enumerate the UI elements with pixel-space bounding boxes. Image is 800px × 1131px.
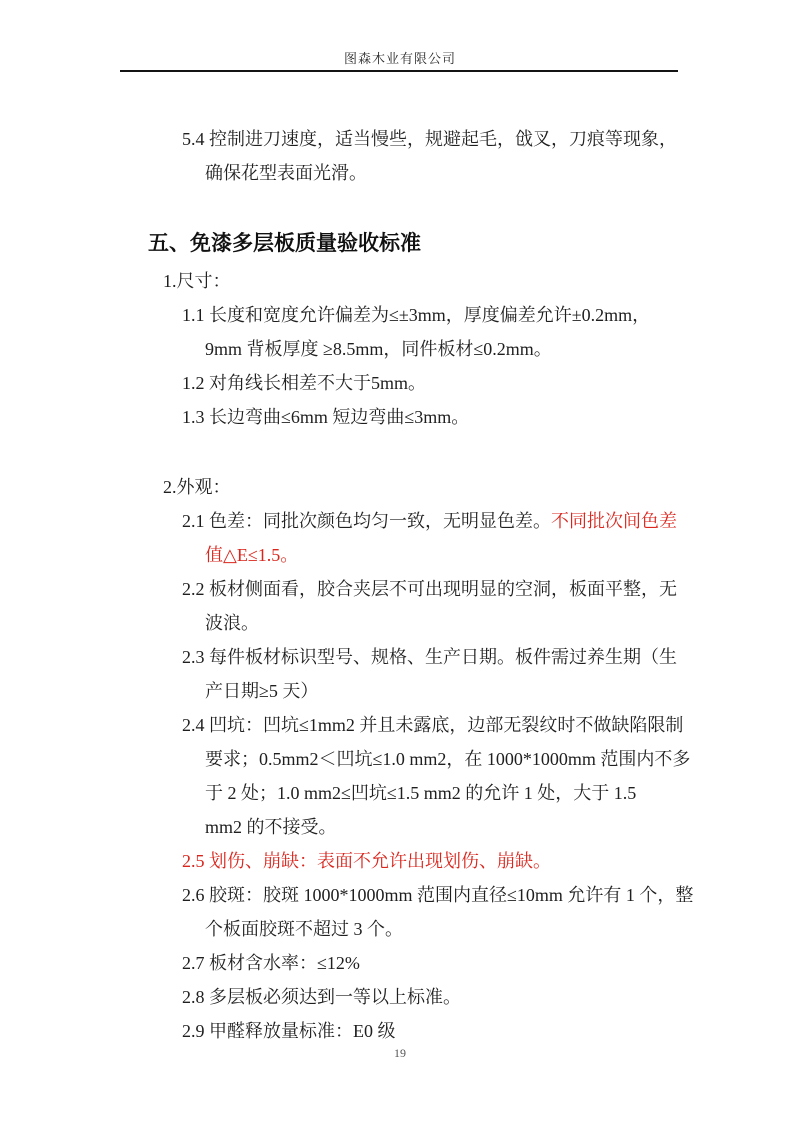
text-segment: 1.3 长边弯曲≤6mm 短边弯曲≤3mm。 xyxy=(182,407,469,427)
text-line: 2.9 甲醛释放量标准：E0 级 xyxy=(0,1014,800,1048)
header-rule xyxy=(120,70,678,72)
text-line: 个板面胶斑不超过 3 个。 xyxy=(0,912,800,946)
header-company-name: 图森木业有限公司 xyxy=(0,48,800,67)
text-segment: 5.4 控制进刀速度，适当慢些，规避起毛，戗叉，刀痕等现象， xyxy=(182,129,677,149)
text-segment: 个板面胶斑不超过 3 个。 xyxy=(205,919,403,939)
text-segment: 2.8 多层板必须达到一等以上标准。 xyxy=(182,987,461,1007)
document-body: 5.4 控制进刀速度，适当慢些，规避起毛，戗叉，刀痕等现象，确保花型表面光滑。五… xyxy=(0,122,800,1048)
text-line: mm2 的不接受。 xyxy=(0,810,800,844)
document-page: 图森木业有限公司 5.4 控制进刀速度，适当慢些，规避起毛，戗叉，刀痕等现象，确… xyxy=(0,0,800,1131)
text-line: 值△E≤1.5。 xyxy=(0,538,800,572)
text-line: 五、免漆多层板质量验收标准 xyxy=(0,224,800,264)
text-segment: 2.5 划伤、崩缺：表面不允许出现划伤、崩缺。 xyxy=(182,851,551,871)
text-line: 2.4 凹坑：凹坑≤1mm2 并且未露底，边部无裂纹时不做缺陷限制 xyxy=(0,708,800,742)
text-segment: mm2 的不接受。 xyxy=(205,817,337,837)
text-segment: 不同批次间色差 xyxy=(551,511,677,531)
text-line: 1.尺寸： xyxy=(0,264,800,298)
text-line: 2.6 胶斑：胶斑 1000*1000mm 范围内直径≤10mm 允许有 1 个… xyxy=(0,878,800,912)
text-segment: 1.尺寸： xyxy=(163,271,231,291)
spacer xyxy=(0,434,800,470)
text-segment: 2.外观： xyxy=(163,477,231,497)
text-line: 2.5 划伤、崩缺：表面不允许出现划伤、崩缺。 xyxy=(0,844,800,878)
text-segment: 2.6 胶斑：胶斑 1000*1000mm 范围内直径≤10mm 允许有 1 个… xyxy=(182,885,693,905)
text-line: 确保花型表面光滑。 xyxy=(0,156,800,190)
text-line: 2.1 色差：同批次颜色均匀一致，无明显色差。不同批次间色差 xyxy=(0,504,800,538)
text-segment: 值△E≤1.5。 xyxy=(205,545,298,565)
text-line: 1.2 对角线长相差不大于5mm。 xyxy=(0,366,800,400)
text-line: 产日期≥5 天） xyxy=(0,674,800,708)
text-line: 要求；0.5mm2＜凹坑≤1.0 mm2，在 1000*1000mm 范围内不多 xyxy=(0,742,800,776)
text-segment: 确保花型表面光滑。 xyxy=(205,163,367,183)
text-segment: 五、免漆多层板质量验收标准 xyxy=(148,232,421,255)
text-segment: 1.2 对角线长相差不大于5mm。 xyxy=(182,373,426,393)
text-line: 2.2 板材侧面看，胶合夹层不可出现明显的空洞，板面平整，无 xyxy=(0,572,800,606)
text-segment: 2.4 凹坑：凹坑≤1mm2 并且未露底，边部无裂纹时不做缺陷限制 xyxy=(182,715,683,735)
text-segment: 2.2 板材侧面看，胶合夹层不可出现明显的空洞，板面平整，无 xyxy=(182,579,677,599)
text-line: 2.外观： xyxy=(0,470,800,504)
text-line: 1.1 长度和宽度允许偏差为≤±3mm，厚度偏差允许±0.2mm， xyxy=(0,298,800,332)
text-segment: 产日期≥5 天） xyxy=(205,681,318,701)
text-line: 2.3 每件板材标识型号、规格、生产日期。板件需过养生期（生 xyxy=(0,640,800,674)
text-line: 1.3 长边弯曲≤6mm 短边弯曲≤3mm。 xyxy=(0,400,800,434)
text-line: 5.4 控制进刀速度，适当慢些，规避起毛，戗叉，刀痕等现象， xyxy=(0,122,800,156)
text-line: 2.8 多层板必须达到一等以上标准。 xyxy=(0,980,800,1014)
text-segment: 1.1 长度和宽度允许偏差为≤±3mm，厚度偏差允许±0.2mm， xyxy=(182,305,650,325)
text-line: 于 2 处；1.0 mm2≤凹坑≤1.5 mm2 的允许 1 处，大于 1.5 xyxy=(0,776,800,810)
text-segment: 2.7 板材含水率：≤12% xyxy=(182,953,360,973)
page-number: 19 xyxy=(0,1046,800,1061)
text-line: 9mm 背板厚度 ≥8.5mm，同件板材≤0.2mm。 xyxy=(0,332,800,366)
text-line: 2.7 板材含水率：≤12% xyxy=(0,946,800,980)
text-segment: 2.9 甲醛释放量标准：E0 级 xyxy=(182,1021,396,1041)
spacer xyxy=(0,190,800,224)
text-segment: 2.1 色差：同批次颜色均匀一致，无明显色差。 xyxy=(182,511,551,531)
text-line: 波浪。 xyxy=(0,606,800,640)
text-segment: 2.3 每件板材标识型号、规格、生产日期。板件需过养生期（生 xyxy=(182,647,677,667)
text-segment: 波浪。 xyxy=(205,613,259,633)
text-segment: 要求；0.5mm2＜凹坑≤1.0 mm2，在 1000*1000mm 范围内不多 xyxy=(205,749,690,769)
text-segment: 于 2 处；1.0 mm2≤凹坑≤1.5 mm2 的允许 1 处，大于 1.5 xyxy=(205,783,636,803)
text-segment: 9mm 背板厚度 ≥8.5mm，同件板材≤0.2mm。 xyxy=(205,339,552,359)
